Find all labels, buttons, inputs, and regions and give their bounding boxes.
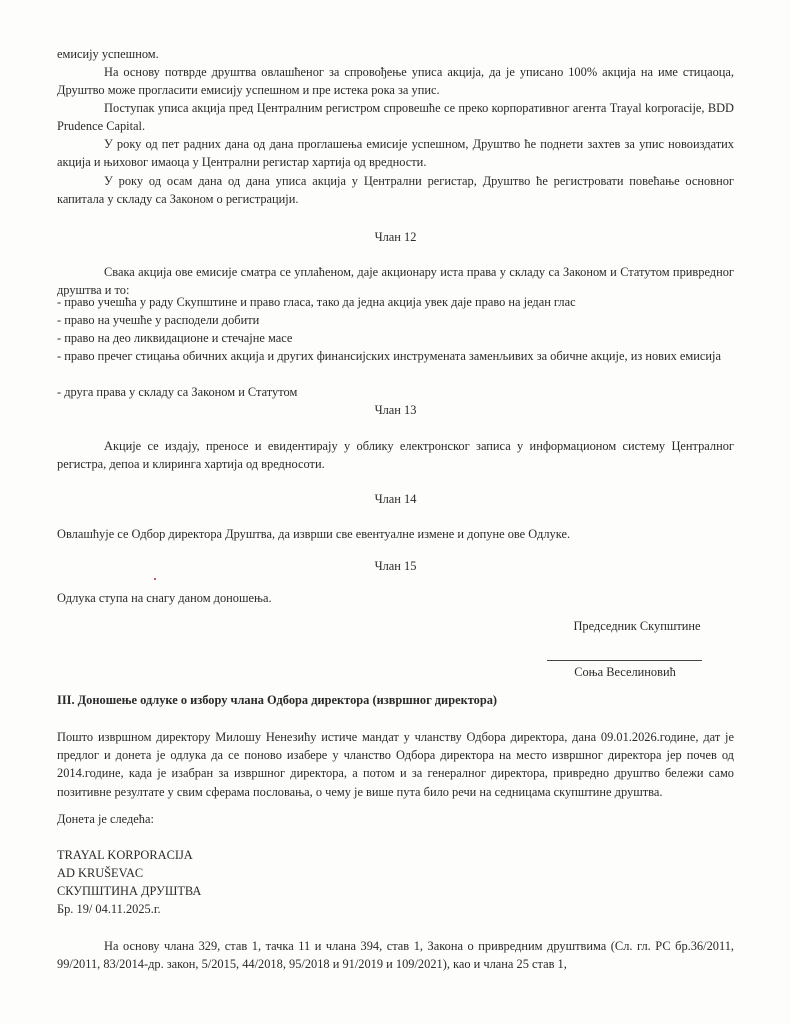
article-12-item: - право учешћа у раду Скупштине и право … bbox=[57, 293, 576, 311]
article-13-title: Члан 13 bbox=[57, 401, 734, 419]
article-12-item: - право на учешће у расподели добити bbox=[57, 311, 259, 329]
intro-paragraph-2: Поступак уписа акција пред Централним ре… bbox=[57, 99, 734, 135]
article-12-item: - право пречег стицања обичних акција и … bbox=[57, 347, 734, 365]
article-13-paragraph: Акције се издају, преносе и евидентирају… bbox=[57, 437, 734, 473]
red-ink-dot bbox=[154, 578, 156, 580]
intro-paragraph-4: У року од осам дана од дана уписа акција… bbox=[57, 172, 734, 208]
section-3-legal-basis: На основу члана 329, став 1, тачка 11 и … bbox=[57, 937, 734, 973]
section-3-paragraph: Пошто извршном директору Милошу Ненезићу… bbox=[57, 728, 734, 801]
article-12-title: Члан 12 bbox=[57, 228, 734, 246]
section-3-intro: Донета је следећа: bbox=[57, 810, 154, 828]
intro-paragraph-3: У року од пет радних дана од дана прогла… bbox=[57, 135, 734, 171]
intro-paragraph-1: На основу потврде друштва овлашћеног за … bbox=[57, 63, 734, 99]
signature-name: Соња Веселиновић bbox=[540, 663, 710, 681]
signature-line bbox=[547, 660, 702, 661]
article-12-item: - право на део ликвидационе и стечајне м… bbox=[57, 329, 292, 347]
header-city: AD KRUŠEVAC bbox=[57, 864, 143, 882]
article-14-paragraph: Овлашћује се Одбор директора Друштва, да… bbox=[57, 525, 570, 543]
article-12-item: - друга права у складу са Законом и Стат… bbox=[57, 383, 297, 401]
article-14-title: Члан 14 bbox=[57, 490, 734, 508]
article-15-paragraph: Одлука ступа на снагу даном доношења. bbox=[57, 589, 272, 607]
header-company: TRAYAL KORPORACIJA bbox=[57, 846, 193, 864]
signature-role: Председник Скупштине bbox=[547, 617, 727, 635]
header-body: СКУПШТИНА ДРУШТВА bbox=[57, 882, 201, 900]
article-15-title: Члан 15 bbox=[57, 557, 734, 575]
section-3-heading: III. Доношење одлуке о избору члана Одбо… bbox=[57, 691, 497, 709]
intro-continuation: емисију успешном. bbox=[57, 45, 159, 63]
header-number-date: Бр. 19/ 04.11.2025.г. bbox=[57, 900, 161, 918]
